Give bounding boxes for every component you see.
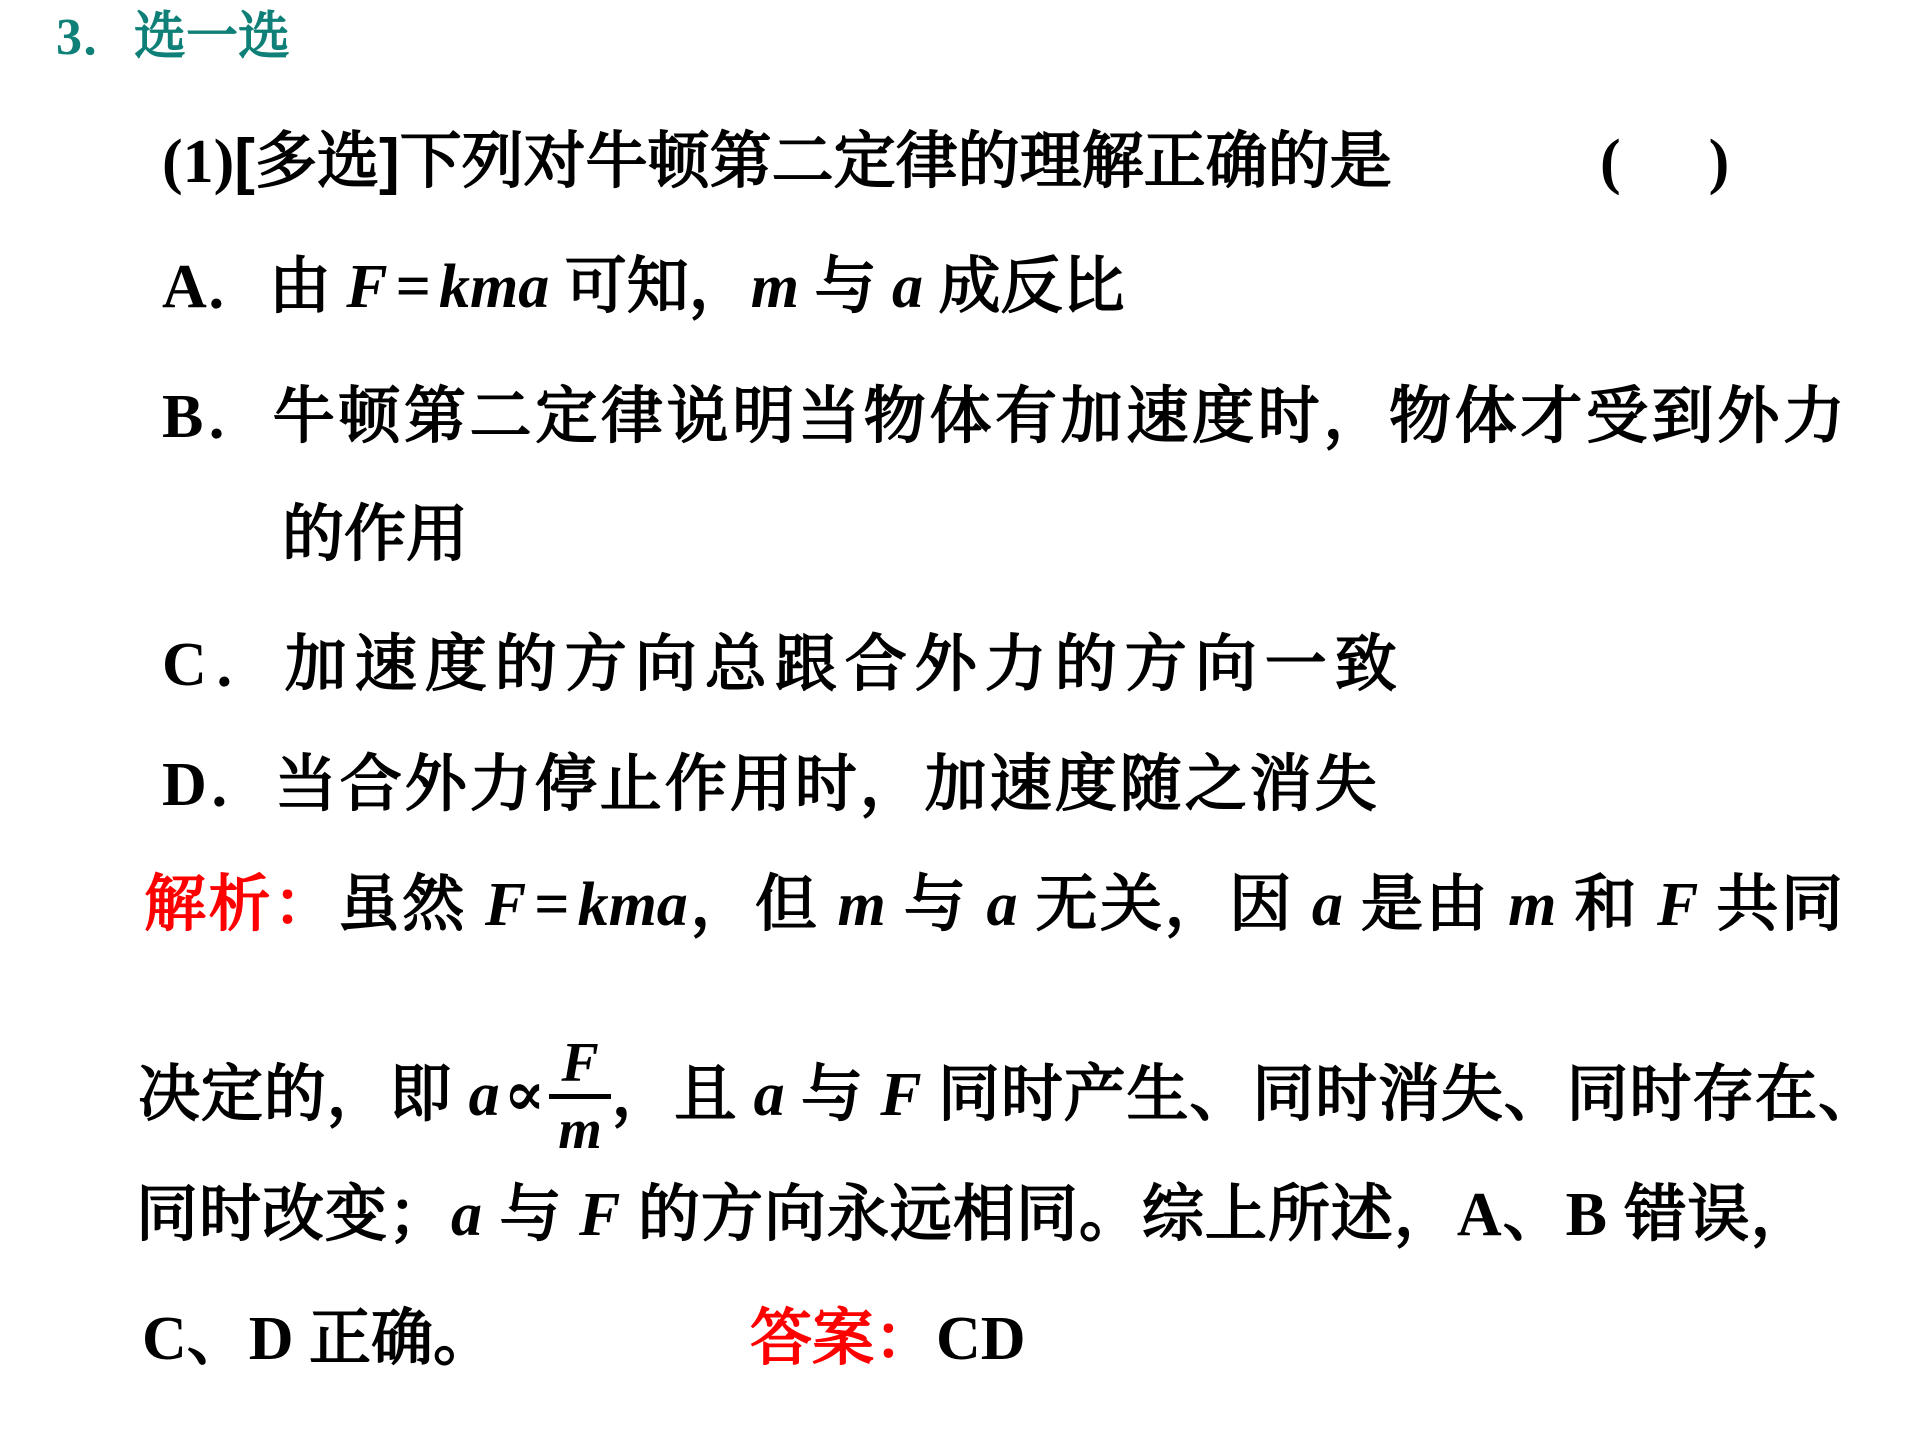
answer-group: 答案：CD xyxy=(750,1308,1026,1370)
var-a: a xyxy=(754,1061,785,1129)
var-F: F xyxy=(485,871,526,939)
section-number: 3． xyxy=(56,9,134,66)
analysis-text-1: 虽然 xyxy=(338,871,485,939)
var-F: F xyxy=(346,253,387,321)
option-a-text: 由 xyxy=(269,253,347,321)
var-a: a xyxy=(469,1061,500,1129)
analysis-text-12: 同时改变； xyxy=(136,1181,451,1249)
analysis-line-4: C、D 正确。 答案：CD xyxy=(142,1308,495,1370)
analysis-text-5: 是由 xyxy=(1343,871,1508,939)
option-a-text3: 与 xyxy=(799,253,892,321)
option-a-label: A． xyxy=(162,253,269,321)
var-kma: kma xyxy=(578,871,688,939)
analysis-heading: 解析： xyxy=(144,870,338,939)
var-a: a xyxy=(1312,871,1343,939)
var-a: a xyxy=(892,253,923,321)
question-tag-multichoice: [多选] xyxy=(234,127,399,196)
analysis-text-9: ，且 xyxy=(611,1061,754,1129)
fraction-F-over-m: Fm xyxy=(549,1034,610,1159)
var-F: F xyxy=(579,1181,621,1249)
option-b-text: 牛顿第二定律说明当物体有加速度时，物体才受到外力 xyxy=(273,383,1845,451)
option-c-label: C． xyxy=(162,631,285,699)
option-b: B．牛顿第二定律说明当物体有加速度时，物体才受到外力 xyxy=(162,386,1845,448)
analysis-text-11: 同时产生、同时消失、同时存在、 xyxy=(922,1061,1880,1129)
equals-sign: = xyxy=(526,871,577,939)
answer-value: CD xyxy=(936,1305,1026,1373)
question-stem-line: (1)[多选]下列对牛顿第二定律的理解正确的是 () xyxy=(162,131,1392,193)
analysis-text-7: 共同 xyxy=(1698,871,1843,939)
analysis-text-10: 与 xyxy=(785,1061,881,1129)
option-d-label: D． xyxy=(162,751,275,819)
var-F: F xyxy=(1657,871,1698,939)
option-c-text: 加速度的方向总跟合外力的方向一致 xyxy=(285,631,1405,699)
var-m: m xyxy=(838,871,886,939)
analysis-line-3: 同时改变；a 与 F 的方向永远相同。综上所述，A、B 错误， xyxy=(136,1184,1814,1246)
option-b-continuation: 的作用 xyxy=(282,504,468,566)
fraction-denominator: m xyxy=(558,1099,602,1159)
var-a: a xyxy=(986,871,1017,939)
option-a-text2: 可知， xyxy=(549,253,751,321)
section-title: 3．选一选 xyxy=(56,8,290,67)
analysis-text-14: 的方向永远相同。综上所述，A、B 错误， xyxy=(621,1181,1813,1249)
analysis-conclusion: C、D 正确。 xyxy=(142,1305,495,1373)
option-c: C．加速度的方向总跟合外力的方向一致 xyxy=(162,634,1405,696)
var-a: a xyxy=(451,1181,483,1249)
analysis-text-4: 无关，因 xyxy=(1017,871,1311,939)
var-m: m xyxy=(751,253,799,321)
option-a: A．由 F=kma 可知，m 与 a 成反比 xyxy=(162,256,1125,318)
analysis-text-2: ，但 xyxy=(688,871,838,939)
option-a-text4: 成反比 xyxy=(923,253,1125,321)
analysis-line-1: 解析：虽然 F=kma，但 m 与 a 无关，因 a 是由 m 和 F 共同 xyxy=(144,874,1843,936)
proportional-to-sign: ∝ xyxy=(500,1061,550,1129)
question-prefix: (1) xyxy=(162,128,234,196)
equals-sign: = xyxy=(388,253,439,321)
analysis-text-6: 和 xyxy=(1556,871,1657,939)
question-stem-text: 下列对牛顿第二定律的理解正确的是 xyxy=(400,128,1392,196)
var-F: F xyxy=(880,1061,921,1129)
analysis-text-13: 与 xyxy=(483,1181,579,1249)
analysis-text-8: 决定的，即 xyxy=(138,1061,469,1129)
var-kma: kma xyxy=(439,253,549,321)
var-m: m xyxy=(1508,871,1556,939)
option-b-wrap-text: 的作用 xyxy=(282,501,468,569)
option-b-label: B． xyxy=(162,383,273,451)
section-title-label: 选一选 xyxy=(134,8,290,66)
fraction-numerator: F xyxy=(549,1034,610,1099)
paren-open: ( xyxy=(1600,128,1621,196)
answer-heading: 答案： xyxy=(750,1304,936,1373)
analysis-line-2: 决定的，即 a∝Fm，且 a 与 F 同时产生、同时消失、同时存在、 xyxy=(138,1038,1880,1163)
option-d: D．当合外力停止作用时，加速度随之消失 xyxy=(162,754,1380,816)
paren-close: ) xyxy=(1709,128,1730,196)
option-d-text: 当合外力停止作用时，加速度随之消失 xyxy=(275,751,1380,819)
analysis-text-3: 与 xyxy=(886,871,987,939)
answer-parentheses: () xyxy=(1600,131,1729,193)
worksheet-page: 3．选一选 (1)[多选]下列对牛顿第二定律的理解正确的是 () A．由 F=k… xyxy=(0,0,1920,1440)
